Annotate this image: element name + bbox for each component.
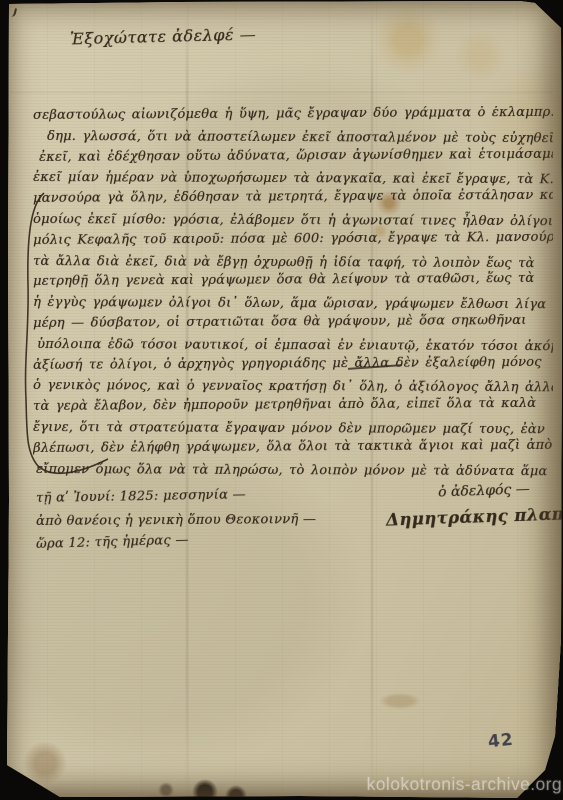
paper-sheet: Ἐξοχώτατε ἀδελφέ — σεβαστούλως αἰωνιζόμε…	[0, 0, 563, 800]
watermark-text: kolokotronis-archive.org	[367, 774, 562, 795]
edge-vignette	[0, 0, 563, 800]
scanned-letter-page: Ἐξοχώτατε ἀδελφέ — σεβαστούλως αἰωνιζόμε…	[0, 0, 563, 800]
